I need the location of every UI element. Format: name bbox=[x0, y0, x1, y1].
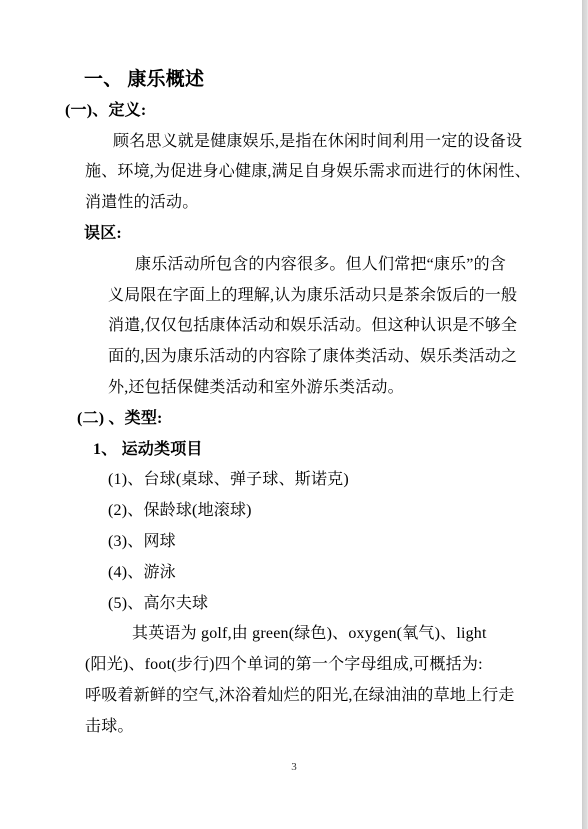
list-item-golf: (5)、高尔夫球 bbox=[108, 589, 568, 620]
golf-etymology-paragraph: 其英语为 golf,由 green(绿色)、oxygen(氧气)、light (… bbox=[85, 619, 568, 742]
page-number: 3 bbox=[0, 760, 588, 774]
definition-heading: (一)、定义: bbox=[65, 96, 568, 127]
sports-category-heading: 1、 运动类项目 bbox=[93, 435, 568, 466]
list-item-bowling: (2)、保龄球(地滚球) bbox=[108, 496, 568, 527]
misconception-heading: 误区: bbox=[84, 219, 568, 250]
list-item-tennis: (3)、网球 bbox=[108, 527, 568, 558]
misconception-paragraph: 康乐活动所包含的内容很多。但人们常把“康乐”的含 义局限在字面上的理解,认为康乐… bbox=[108, 250, 568, 404]
type-heading: (二) 、类型: bbox=[77, 404, 568, 435]
list-item-billiards: (1)、台球(桌球、弹子球、斯诺克) bbox=[108, 465, 568, 496]
list-item-swimming: (4)、游泳 bbox=[108, 558, 568, 589]
page-content: 一、 康乐概述 (一)、定义: 顾名思义就是健康娱乐,是指在休闲时间利用一定的设… bbox=[0, 0, 588, 743]
document-page: 一、 康乐概述 (一)、定义: 顾名思义就是健康娱乐,是指在休闲时间利用一定的设… bbox=[0, 0, 588, 829]
page-right-edge bbox=[582, 0, 588, 829]
definition-paragraph: 顾名思义就是健康娱乐,是指在休闲时间利用一定的设备设 施、环境,为促进身心健康,… bbox=[85, 127, 568, 219]
section-title: 一、 康乐概述 bbox=[84, 65, 568, 96]
